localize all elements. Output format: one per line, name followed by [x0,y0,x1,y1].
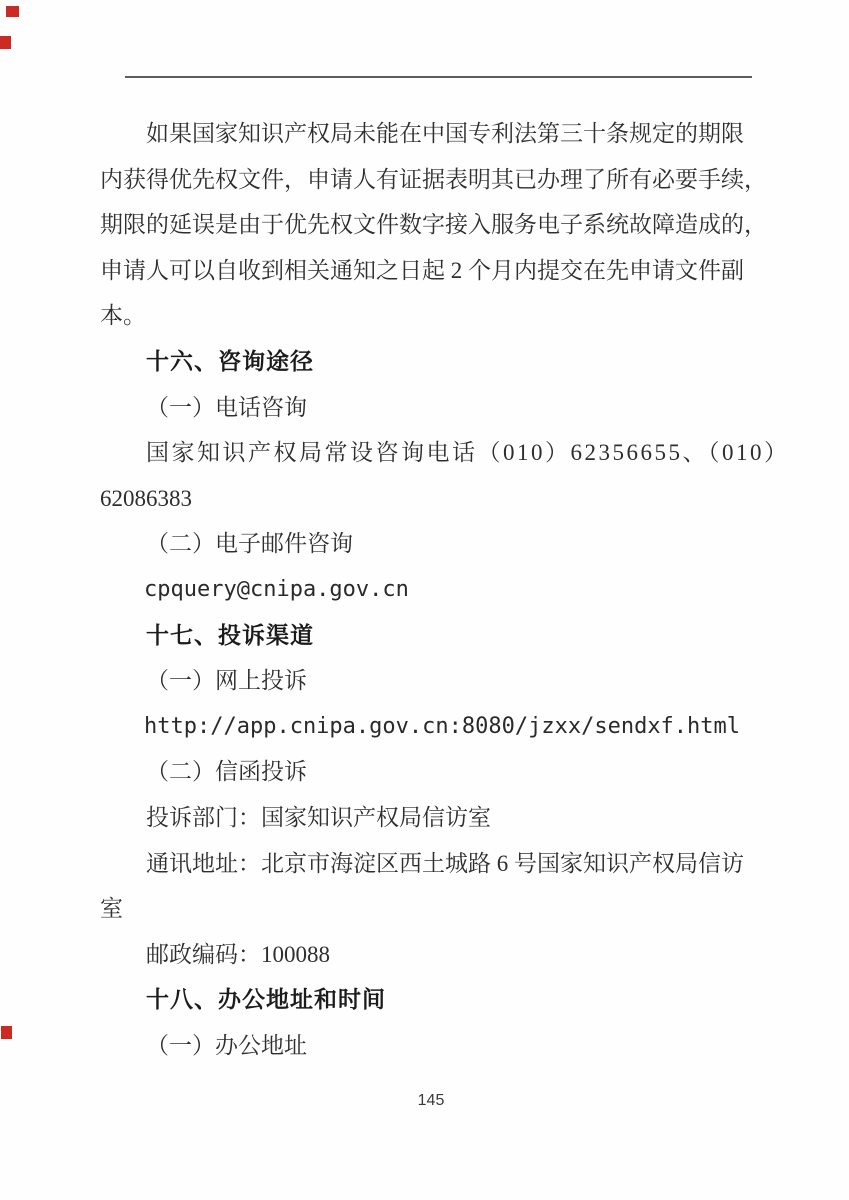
complaint-url: http://app.cnipa.gov.cn:8080/jzxx/sendxf… [100,704,762,750]
mailing-address-line: 通讯地址：北京市海淀区西土城路 6 号国家知识产权局信访 [100,841,762,887]
red-edge-mark-bottom [1,1026,12,1039]
section-18-sub1-address: （一）办公地址 [100,1023,762,1069]
section-16-sub2-email: （二）电子邮件咨询 [100,521,762,567]
section-18-heading: 十八、办公地址和时间 [100,977,762,1023]
intro-paragraph-line: 申请人可以自收到相关通知之日起 2 个月内提交在先申请文件副 [100,248,762,294]
red-edge-mark-top-1 [6,6,19,17]
intro-paragraph-line: 期限的延误是由于优先权文件数字接入服务电子系统故障造成的， [100,202,762,248]
complaint-department-line: 投诉部门：国家知识产权局信访室 [100,795,762,841]
phone-numbers-line: 国家知识产权局常设咨询电话（010）62356655、（010） [100,430,762,476]
red-edge-mark-top-2 [0,36,11,49]
postal-code-line: 邮政编码：100088 [100,932,762,978]
mailing-address-line-wrap: 室 [100,886,762,932]
header-rule [125,76,752,78]
section-17-sub1-online: （一）网上投诉 [100,658,762,704]
section-17-heading: 十七、投诉渠道 [100,613,762,659]
phone-numbers-line-wrap: 62086383 [100,476,762,522]
intro-paragraph-line: 内获得优先权文件，申请人有证据表明其已办理了所有必要手续， [100,157,762,203]
intro-paragraph-line: 如果国家知识产权局未能在中国专利法第三十条规定的期限 [100,111,762,157]
section-16-sub1-phone: （一）电话咨询 [100,385,762,431]
document-page: 如果国家知识产权局未能在中国专利法第三十条规定的期限 内获得优先权文件，申请人有… [0,0,849,1200]
page-number: 145 [100,1092,762,1110]
email-address: cpquery@cnipa.gov.cn [100,567,762,613]
document-body: 如果国家知识产权局未能在中国专利法第三十条规定的期限 内获得优先权文件，申请人有… [100,111,762,1068]
intro-paragraph-line: 本。 [100,293,762,339]
section-17-sub2-letter: （二）信函投诉 [100,749,762,795]
section-16-heading: 十六、咨询途径 [100,339,762,385]
